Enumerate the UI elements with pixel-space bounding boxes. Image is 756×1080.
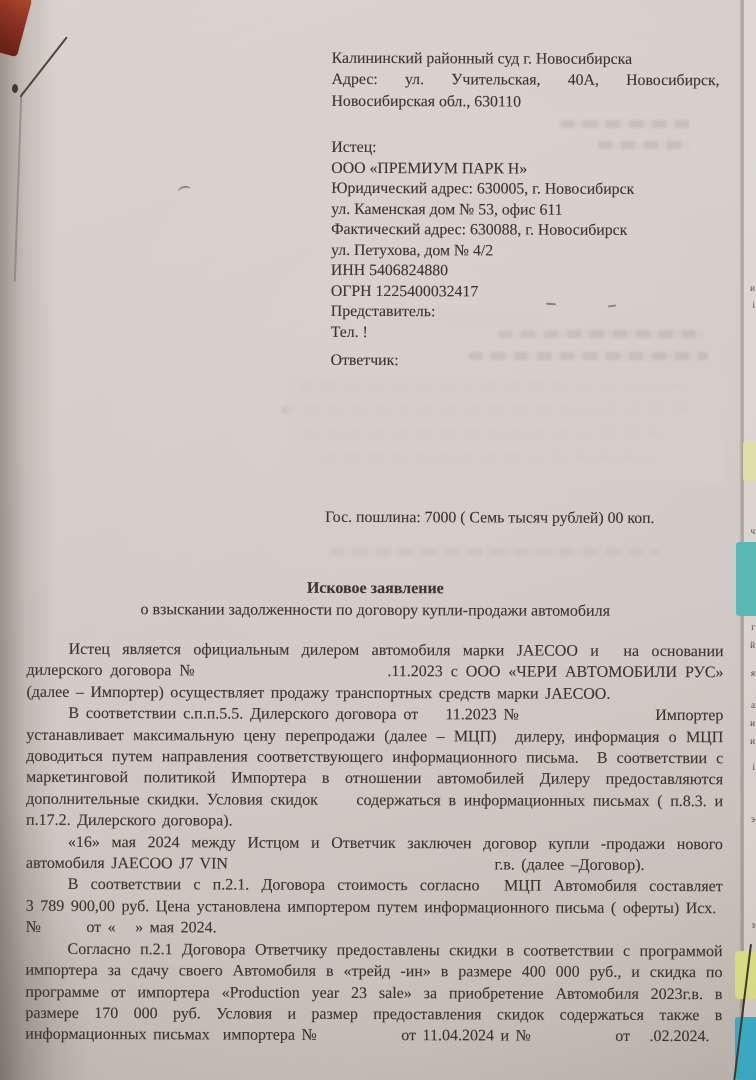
edge-text-fragment: і	[745, 762, 755, 772]
plaintiff-legal-address: ул. Каменская дом № 53, офис 611	[331, 199, 727, 221]
edge-text-fragment: з	[745, 920, 755, 930]
phone-label: Тел. !	[331, 322, 727, 344]
plaintiff-inn: ИНН 5406824880	[331, 261, 727, 283]
document-body: Истец является официальным дилером автом…	[25, 639, 723, 1048]
body-paragraph: Согласно п.2.1 Договора Ответчику предос…	[25, 938, 722, 1047]
plaintiff-ogrn: ОГРН 1225400032417	[331, 281, 727, 303]
edge-text-fragment: і	[745, 300, 755, 310]
body-paragraph: В соответствии с п.2.1. Договора стоимос…	[26, 874, 723, 941]
plaintiff-block: Истец: ООО «ПРЕМИУМ ПАРК Н» Юридический …	[331, 138, 728, 344]
document-photo: Калининский районный суд г. Новосибирска…	[0, 0, 756, 1080]
plaintiff-label: Истец:	[331, 138, 727, 160]
body-paragraph: Истец является официальным дилером автом…	[26, 639, 723, 706]
edge-text-fragment: а	[745, 700, 755, 710]
representative-label: Представитель:	[331, 302, 727, 324]
court-address-line: Новосибирская обл., 630110	[331, 91, 719, 114]
yellow-highlight-mark	[743, 441, 756, 481]
edge-text-fragment: й	[745, 640, 755, 650]
body-paragraph: В соответствии с.п.п.5.5. Дилерского дог…	[26, 703, 723, 834]
edge-text-fragment: и	[745, 718, 755, 728]
edge-text-fragment: я	[745, 668, 755, 678]
plaintiff-legal-address: Юридический адрес: 630005, г. Новосибирс…	[331, 179, 727, 201]
edge-text-fragment: ч	[745, 526, 755, 536]
plaintiff-actual-address: ул. Петухова, дом № 4/2	[331, 240, 727, 262]
edge-text-fragment: э	[745, 814, 755, 824]
court-name: Калининский районный суд г. Новосибирска	[332, 48, 720, 71]
court-header: Калининский районный суд г. Новосибирска…	[331, 48, 719, 114]
document-title: Исковое заявление	[27, 577, 724, 601]
teal-sticky-tab	[736, 542, 756, 616]
edge-text-fragment: и	[745, 283, 755, 293]
binding-thread-knot	[12, 84, 18, 93]
document-title-block: Исковое заявление о взыскании задолженно…	[27, 577, 724, 622]
document-content: Калининский районный суд г. Новосибирска…	[25, 0, 726, 1080]
state-fee-line: Гос. пошлина: 7000 ( Семь тысяч рублей) …	[325, 509, 654, 528]
adjacent-page-edge: и і ч г й я а и и і э з	[744, 0, 756, 1080]
body-paragraph: «16» мая 2024 между Истцом и Ответчик за…	[26, 831, 723, 876]
edge-text-fragment: и	[745, 736, 755, 746]
court-address-line: Адрес: ул. Учительская, 40А, Новосибирск…	[332, 69, 720, 92]
plaintiff-name: ООО «ПРЕМИУМ ПАРК Н»	[331, 158, 727, 180]
defendant-label: Ответчик:	[331, 352, 399, 370]
document-subtitle: о взыскании задолженности по договору ку…	[27, 598, 724, 622]
plaintiff-actual-address: Фактический адрес: 630088, г. Новосибирс…	[331, 220, 727, 242]
edge-text-fragment: г	[745, 622, 755, 632]
